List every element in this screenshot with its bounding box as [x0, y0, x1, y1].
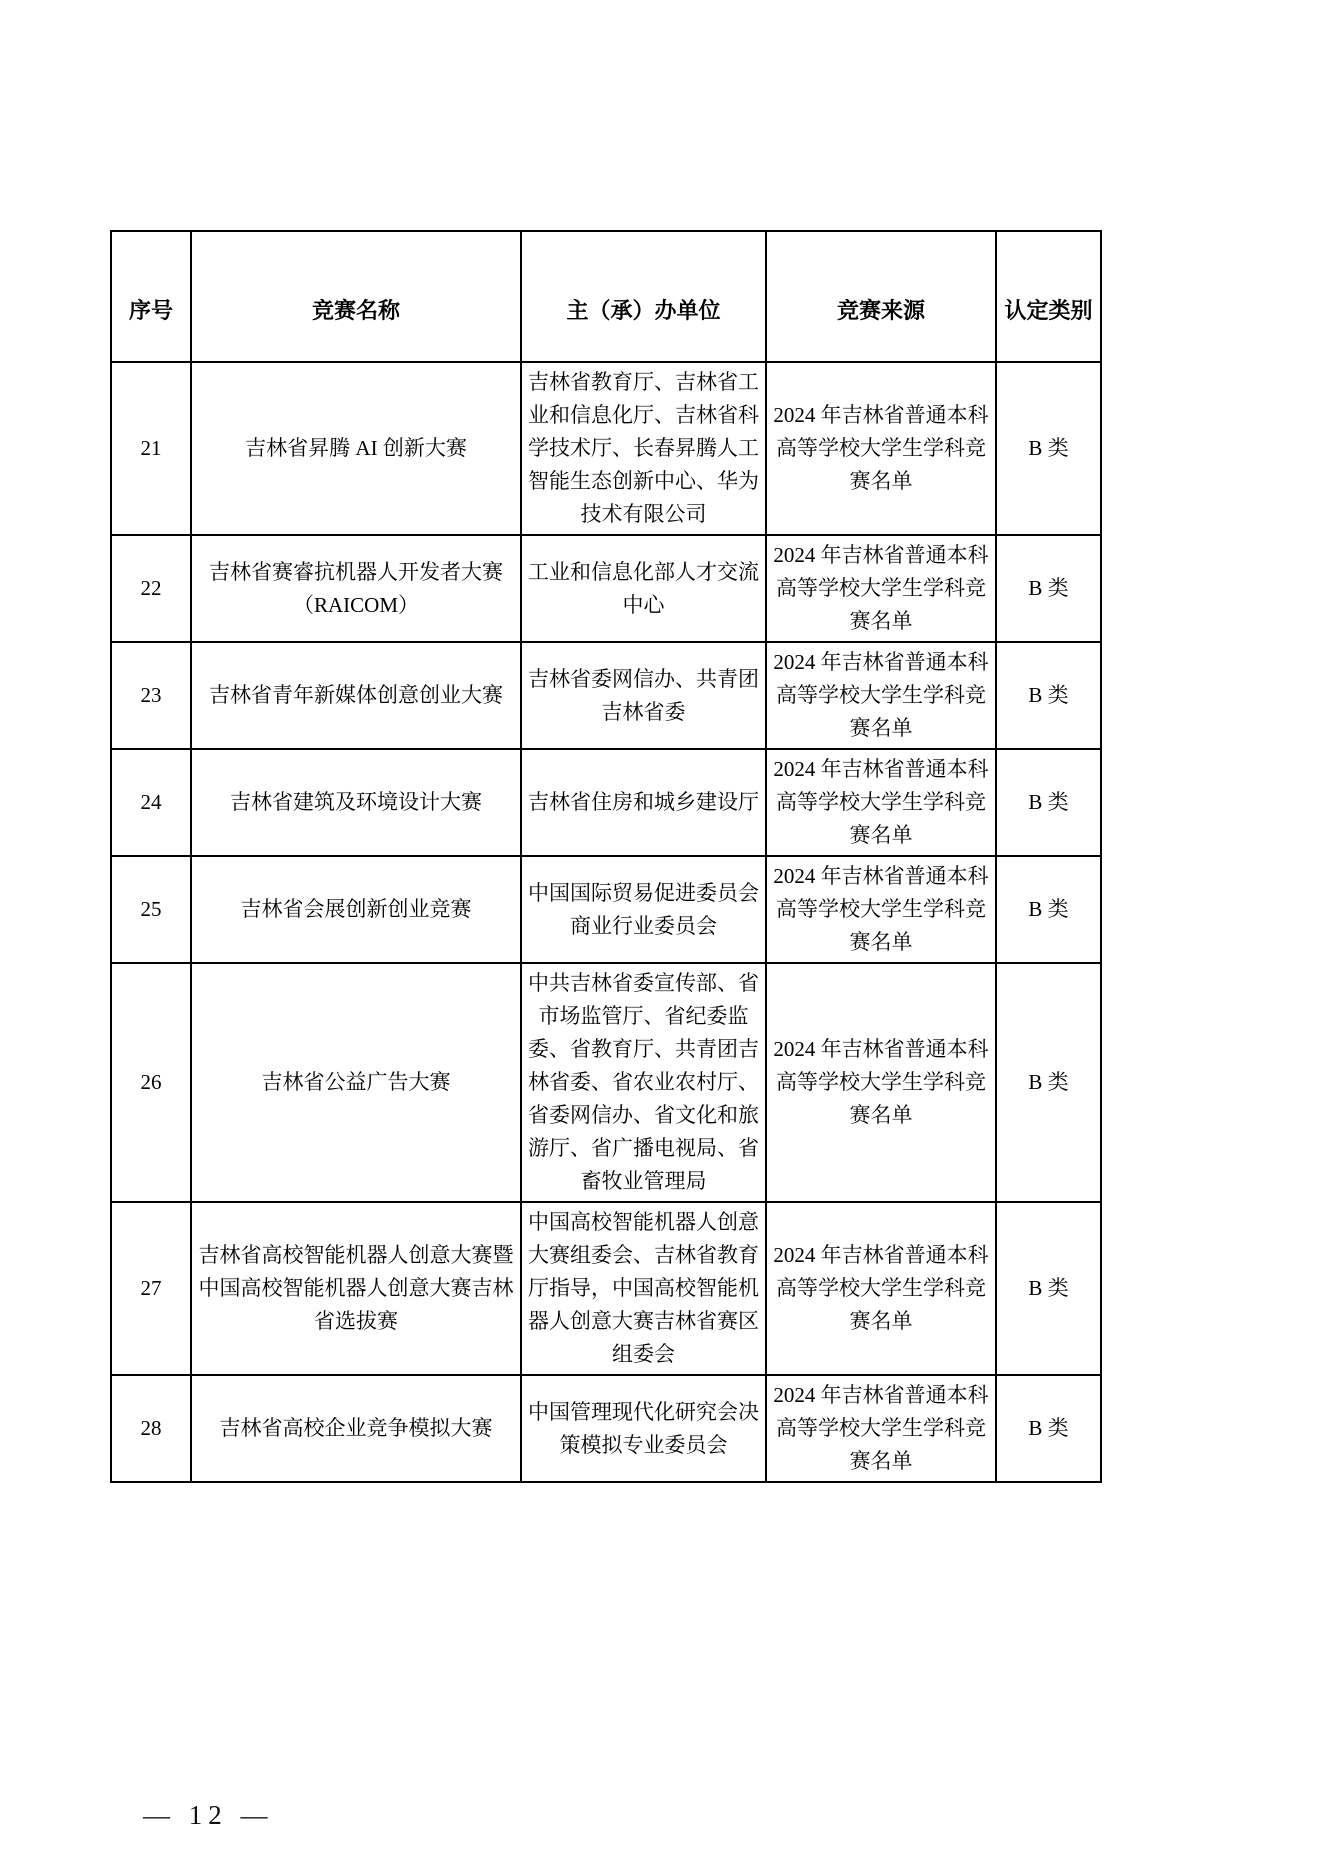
header-category: 认定类别 — [996, 231, 1101, 362]
organizer-cell: 吉林省委网信办、共青团吉林省委 — [521, 642, 766, 749]
serial-number-cell: 21 — [111, 362, 191, 535]
category-cell: B 类 — [996, 1202, 1101, 1375]
category-cell: B 类 — [996, 856, 1101, 963]
organizer-cell: 吉林省住房和城乡建设厅 — [521, 749, 766, 856]
competition-source-cell: 2024 年吉林省普通本科高等学校大学生学科竞赛名单 — [766, 642, 996, 749]
organizer-cell: 工业和信息化部人才交流中心 — [521, 535, 766, 642]
header-organizer: 主（承）办单位 — [521, 231, 766, 362]
serial-number-cell: 27 — [111, 1202, 191, 1375]
table-row: 24 吉林省建筑及环境设计大赛 吉林省住房和城乡建设厅 2024 年吉林省普通本… — [111, 749, 1101, 856]
table-row: 26 吉林省公益广告大赛 中共吉林省委宣传部、省市场监管厅、省纪委监委、省教育厅… — [111, 963, 1101, 1202]
category-cell: B 类 — [996, 642, 1101, 749]
organizer-cell: 吉林省教育厅、吉林省工业和信息化厅、吉林省科学技术厅、长春昇腾人工智能生态创新中… — [521, 362, 766, 535]
competition-name-cell: 吉林省建筑及环境设计大赛 — [191, 749, 521, 856]
competition-source-cell: 2024 年吉林省普通本科高等学校大学生学科竞赛名单 — [766, 749, 996, 856]
competition-name-cell: 吉林省赛睿抗机器人开发者大赛（RAICOM） — [191, 535, 521, 642]
header-serial-number: 序号 — [111, 231, 191, 362]
competition-source-cell: 2024 年吉林省普通本科高等学校大学生学科竞赛名单 — [766, 963, 996, 1202]
competition-name-cell: 吉林省昇腾 AI 创新大赛 — [191, 362, 521, 535]
category-cell: B 类 — [996, 362, 1101, 535]
serial-number-cell: 23 — [111, 642, 191, 749]
category-cell: B 类 — [996, 963, 1101, 1202]
organizer-cell: 中共吉林省委宣传部、省市场监管厅、省纪委监委、省教育厅、共青团吉林省委、省农业农… — [521, 963, 766, 1202]
competition-table: 序号 竞赛名称 主（承）办单位 竞赛来源 认定类别 21 吉林省昇腾 AI 创新… — [110, 230, 1102, 1483]
table-header-row: 序号 竞赛名称 主（承）办单位 竞赛来源 认定类别 — [111, 231, 1101, 362]
serial-number-cell: 24 — [111, 749, 191, 856]
table-row: 22 吉林省赛睿抗机器人开发者大赛（RAICOM） 工业和信息化部人才交流中心 … — [111, 535, 1101, 642]
serial-number-cell: 25 — [111, 856, 191, 963]
organizer-cell: 中国管理现代化研究会决策模拟专业委员会 — [521, 1375, 766, 1482]
header-competition-source: 竞赛来源 — [766, 231, 996, 362]
table-row: 28 吉林省高校企业竞争模拟大赛 中国管理现代化研究会决策模拟专业委员会 202… — [111, 1375, 1101, 1482]
competition-source-cell: 2024 年吉林省普通本科高等学校大学生学科竞赛名单 — [766, 1375, 996, 1482]
category-cell: B 类 — [996, 749, 1101, 856]
competition-source-cell: 2024 年吉林省普通本科高等学校大学生学科竞赛名单 — [766, 535, 996, 642]
competition-name-cell: 吉林省高校企业竞争模拟大赛 — [191, 1375, 521, 1482]
header-competition-name: 竞赛名称 — [191, 231, 521, 362]
page-number: — 12 — — [143, 1800, 274, 1831]
competition-source-cell: 2024 年吉林省普通本科高等学校大学生学科竞赛名单 — [766, 1202, 996, 1375]
table-row: 25 吉林省会展创新创业竞赛 中国国际贸易促进委员会商业行业委员会 2024 年… — [111, 856, 1101, 963]
table-row: 23 吉林省青年新媒体创意创业大赛 吉林省委网信办、共青团吉林省委 2024 年… — [111, 642, 1101, 749]
competition-name-cell: 吉林省会展创新创业竞赛 — [191, 856, 521, 963]
table-row: 21 吉林省昇腾 AI 创新大赛 吉林省教育厅、吉林省工业和信息化厅、吉林省科学… — [111, 362, 1101, 535]
document-page: 序号 竞赛名称 主（承）办单位 竞赛来源 认定类别 21 吉林省昇腾 AI 创新… — [0, 0, 1322, 1871]
competition-name-cell: 吉林省公益广告大赛 — [191, 963, 521, 1202]
serial-number-cell: 26 — [111, 963, 191, 1202]
competition-name-cell: 吉林省青年新媒体创意创业大赛 — [191, 642, 521, 749]
serial-number-cell: 28 — [111, 1375, 191, 1482]
serial-number-cell: 22 — [111, 535, 191, 642]
competition-name-cell: 吉林省高校智能机器人创意大赛暨中国高校智能机器人创意大赛吉林省选拔赛 — [191, 1202, 521, 1375]
organizer-cell: 中国国际贸易促进委员会商业行业委员会 — [521, 856, 766, 963]
category-cell: B 类 — [996, 1375, 1101, 1482]
competition-source-cell: 2024 年吉林省普通本科高等学校大学生学科竞赛名单 — [766, 362, 996, 535]
organizer-cell: 中国高校智能机器人创意大赛组委会、吉林省教育厅指导，中国高校智能机器人创意大赛吉… — [521, 1202, 766, 1375]
category-cell: B 类 — [996, 535, 1101, 642]
table-row: 27 吉林省高校智能机器人创意大赛暨中国高校智能机器人创意大赛吉林省选拔赛 中国… — [111, 1202, 1101, 1375]
competition-source-cell: 2024 年吉林省普通本科高等学校大学生学科竞赛名单 — [766, 856, 996, 963]
